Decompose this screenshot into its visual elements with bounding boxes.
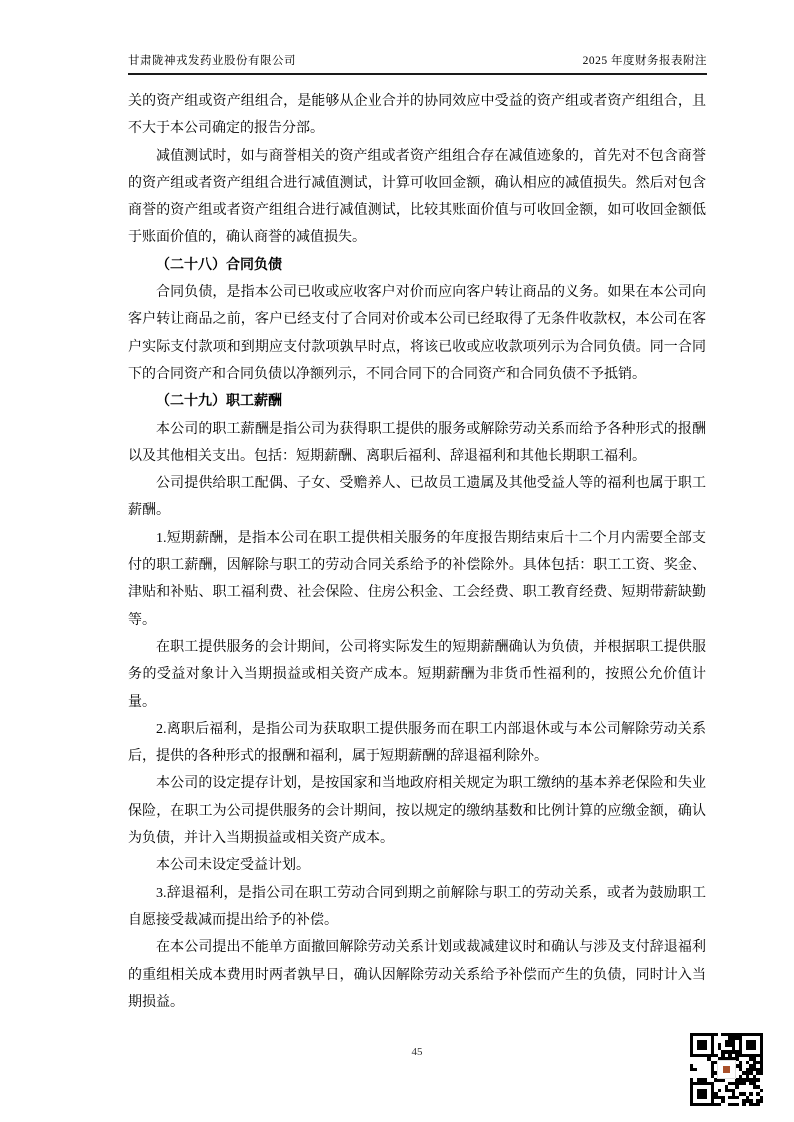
header-company-name: 甘肃陇神戎发药业股份有限公司: [128, 52, 296, 68]
qr-center-logo: [717, 1060, 736, 1079]
qr-code-icon: [690, 1033, 763, 1107]
body-paragraph: 公司提供给职工配偶、子女、受赡养人、已故员工遗属及其他受益人等的福利也属于职工薪…: [128, 470, 706, 525]
body-paragraph: 本公司未设定受益计划。: [128, 852, 706, 879]
body-paragraph: 本公司的职工薪酬是指公司为获得职工提供的服务或解除劳动关系而给予各种形式的报酬以…: [128, 416, 706, 471]
body-paragraph: 1.短期薪酬，是指本公司在职工提供相关服务的年度报告期结束后十二个月内需要全部支…: [128, 525, 706, 634]
body-paragraph: 在本公司提出不能单方面撤回解除劳动关系计划或裁减建议时和确认与涉及支付辞退福利的…: [128, 934, 706, 1016]
page-header: 甘肃陇神戎发药业股份有限公司 2025 年度财务报表附注: [128, 52, 707, 75]
body-paragraph: 关的资产组或资产组组合，是能够从企业合并的协同效应中受益的资产组或者资产组组合，…: [128, 88, 706, 143]
document-page: 甘肃陇神戎发药业股份有限公司 2025 年度财务报表附注 关的资产组或资产组组合…: [0, 0, 794, 1122]
header-doc-title: 2025 年度财务报表附注: [583, 52, 707, 68]
body-paragraph: 本公司的设定提存计划，是按国家和当地政府相关规定为职工缴纳的基本养老保险和失业保…: [128, 770, 706, 852]
body-paragraph: 3.辞退福利，是指公司在职工劳动合同到期之前解除与职工的劳动关系，或者为鼓励职工…: [128, 880, 706, 935]
document-body: 关的资产组或资产组组合，是能够从企业合并的协同效应中受益的资产组或者资产组组合，…: [128, 88, 706, 1016]
body-paragraph: 减值测试时，如与商誉相关的资产组或者资产组组合存在减值迹象的，首先对不包含商誉的…: [128, 143, 706, 252]
section-heading: （二十九）职工薪酬: [128, 388, 706, 415]
body-paragraph: 2.离职后福利，是指公司为获取职工提供服务而在职工内部退休或与本公司解除劳动关系…: [128, 716, 706, 771]
body-paragraph: 合同负债，是指本公司已收或应收客户对价而应向客户转让商品的义务。如果在本公司向客…: [128, 279, 706, 388]
page-number: 45: [128, 1046, 706, 1058]
section-heading: （二十八）合同负债: [128, 252, 706, 279]
body-paragraph: 在职工提供服务的会计期间，公司将实际发生的短期薪酬确认为负债，并根据职工提供服务…: [128, 634, 706, 716]
